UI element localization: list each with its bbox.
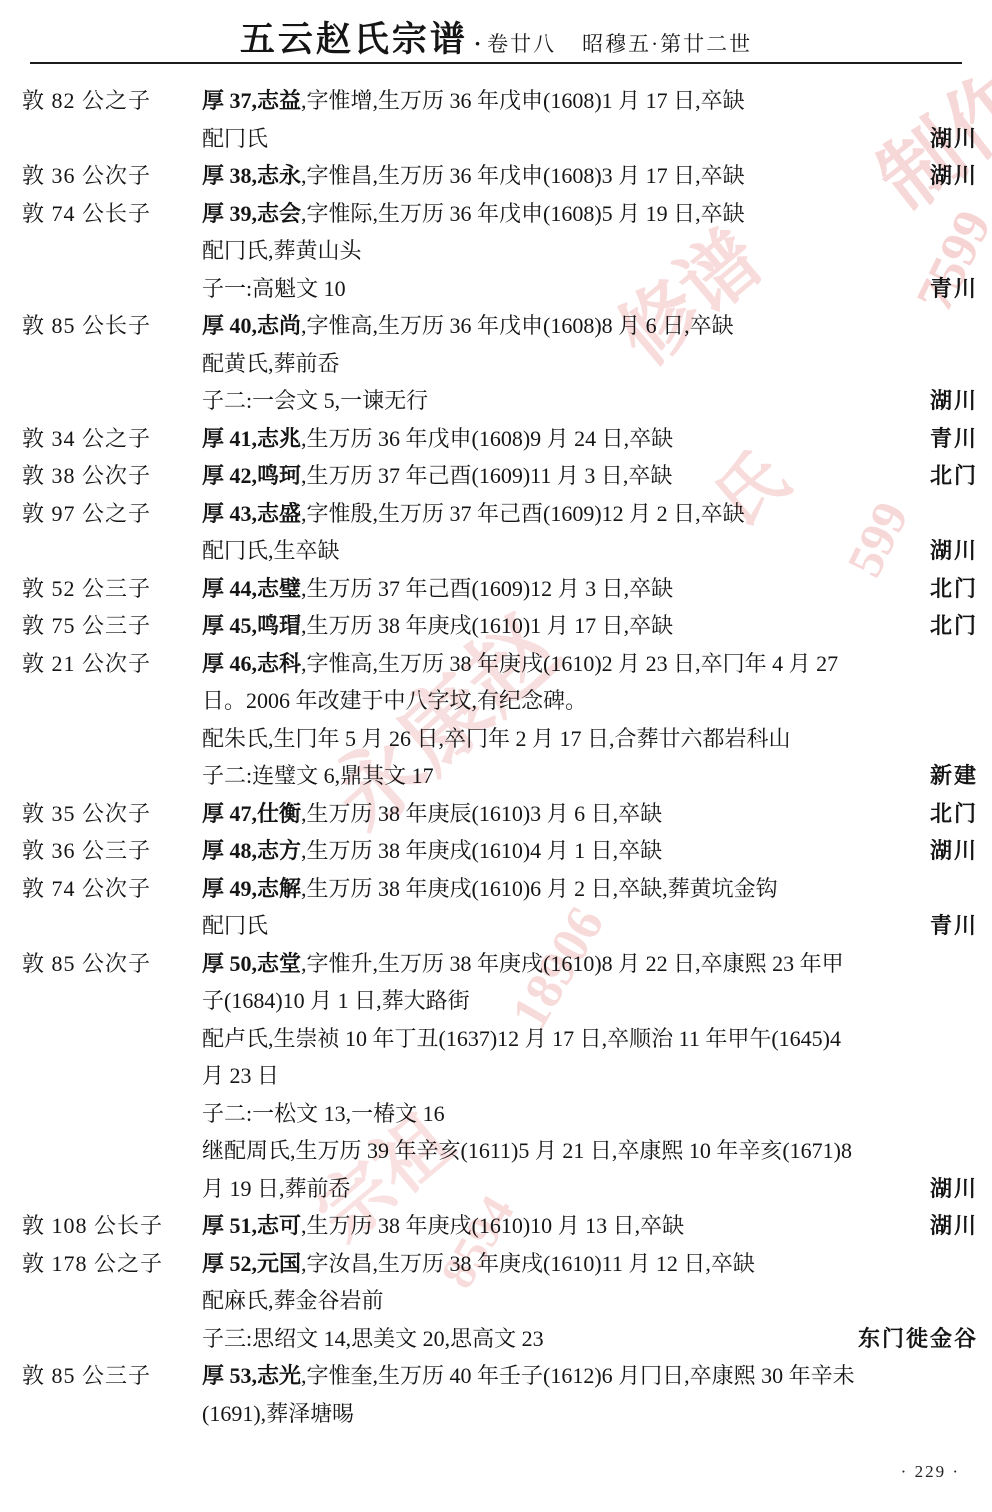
entry-row: 子二:连璧文 6,鼎其文 17新建 — [22, 756, 978, 794]
father-label: 敦 35 公次子 — [22, 797, 202, 828]
entry-row: 月 19 日,葬前岙湖川 — [22, 1169, 978, 1207]
entry-text: ,字惟高,生万历 38 年庚戌(1610)2 月 23 日,卒冂年 4 月 27 — [301, 647, 838, 678]
father-label: 敦 21 公次子 — [22, 647, 202, 678]
entry-name: 厚 42,鸣珂 — [202, 459, 301, 490]
entry-row: 配冂氏,生卒缺湖川 — [22, 531, 978, 569]
page-header: 五云赵氏宗谱·卷廿八昭穆五·第廿二世 — [0, 12, 992, 62]
entry-row: 敦 82 公之子厚 37,志益,字惟增,生万历 36 年戊申(1608)1 月 … — [22, 81, 978, 119]
entry-name: 厚 44,志璧 — [202, 572, 301, 603]
father-label: 敦 36 公三子 — [22, 834, 202, 865]
branch-label: 湖川 — [930, 1209, 978, 1240]
header-dot: · — [474, 31, 481, 56]
entry-name: 厚 52,元国 — [202, 1247, 301, 1278]
entry-name: 厚 45,鸣瑁 — [202, 609, 301, 640]
entry-text: 月 23 日 — [202, 1059, 279, 1090]
branch-label: 湖川 — [930, 122, 978, 153]
father-label: 敦 74 公长子 — [22, 197, 202, 228]
entry-row: 配朱氏,生冂年 5 月 26 日,卒冂年 2 月 17 日,合葬廿六都岩科山 — [22, 719, 978, 757]
entry-text: 配冂氏 — [202, 909, 268, 940]
entry-row: 敦 38 公次子厚 42,鸣珂,生万历 37 年己酉(1609)11 月 3 日… — [22, 456, 978, 494]
entry-row: 敦 34 公之子厚 41,志兆,生万历 36 年戊申(1608)9 月 24 日… — [22, 419, 978, 457]
entry-text: 配黄氏,葬前岙 — [202, 347, 340, 378]
entry-text: 配冂氏,生卒缺 — [202, 534, 340, 565]
father-label: 敦 85 公次子 — [22, 947, 202, 978]
entry-name: 厚 46,志科 — [202, 647, 301, 678]
entry-name: 厚 41,志兆 — [202, 422, 301, 453]
father-label: 敦 178 公之子 — [22, 1247, 202, 1278]
page-number: · 229 · — [901, 1462, 960, 1482]
father-label: 敦 52 公三子 — [22, 572, 202, 603]
entry-text: ,生万历 38 年庚戌(1610)4 月 1 日,卒缺 — [301, 834, 662, 865]
entry-text: ,字惟增,生万历 36 年戊申(1608)1 月 17 日,卒缺 — [301, 84, 745, 115]
entry-row: 月 23 日 — [22, 1056, 978, 1094]
entry-row: 配冂氏青川 — [22, 906, 978, 944]
section-label: 昭穆五·第廿二世 — [582, 32, 752, 56]
entry-text: 子(1684)10 月 1 日,葬大路街 — [202, 984, 470, 1015]
entry-row: 继配周氏,生万历 39 年辛亥(1611)5 月 21 日,卒康熙 10 年辛亥… — [22, 1131, 978, 1169]
entry-text: ,字惟升,生万历 38 年庚戌(1610)8 月 22 日,卒康熙 23 年甲 — [301, 947, 844, 978]
father-label: 敦 82 公之子 — [22, 84, 202, 115]
branch-label: 北门 — [930, 797, 978, 828]
entry-name: 厚 49,志解 — [202, 872, 301, 903]
volume-label: 卷廿八 — [487, 32, 556, 56]
entry-text: 配朱氏,生冂年 5 月 26 日,卒冂年 2 月 17 日,合葬廿六都岩科山 — [202, 722, 791, 753]
father-label: 敦 97 公之子 — [22, 497, 202, 528]
entry-text: ,生万历 36 年戊申(1608)9 月 24 日,卒缺 — [301, 422, 673, 453]
branch-label: 青川 — [930, 909, 978, 940]
entry-text: ,字汝昌,生万历 38 年庚戌(1610)11 月 12 日,卒缺 — [301, 1247, 755, 1278]
entry-row: 敦 85 公次子厚 50,志堂,字惟升,生万历 38 年庚戌(1610)8 月 … — [22, 944, 978, 982]
entry-text: 日。2006 年改建于中八字坟,有纪念碑。 — [202, 684, 587, 715]
entry-text: 配麻氏,葬金谷岩前 — [202, 1284, 384, 1315]
entry-row: 日。2006 年改建于中八字坟,有纪念碑。 — [22, 681, 978, 719]
branch-label: 湖川 — [930, 1172, 978, 1203]
entry-name: 厚 39,志会 — [202, 197, 301, 228]
entry-text: ,生万历 38 年庚戌(1610)10 月 13 日,卒缺 — [301, 1209, 684, 1240]
entry-row: 敦 85 公长子厚 40,志尚,字惟高,生万历 36 年戊申(1608)8 月 … — [22, 306, 978, 344]
entry-text: 月 19 日,葬前岙 — [202, 1172, 351, 1203]
entry-row: 敦 85 公三子厚 53,志光,字惟奎,生万历 40 年壬子(1612)6 月冂… — [22, 1356, 978, 1394]
entry-name: 厚 51,志可 — [202, 1209, 301, 1240]
entry-text: ,字惟际,生万历 36 年戊申(1608)5 月 19 日,卒缺 — [301, 197, 745, 228]
entry-name: 厚 50,志堂 — [202, 947, 301, 978]
entry-row: 敦 36 公三子厚 48,志方,生万历 38 年庚戌(1610)4 月 1 日,… — [22, 831, 978, 869]
entry-name: 厚 40,志尚 — [202, 309, 301, 340]
father-label: 敦 75 公三子 — [22, 609, 202, 640]
entry-text: ,字惟奎,生万历 40 年壬子(1612)6 月冂日,卒康熙 30 年辛未 — [301, 1359, 855, 1390]
entry-row: 子一:高魁文 10青川 — [22, 269, 978, 307]
entry-text: 子一:高魁文 10 — [202, 272, 346, 303]
father-label: 敦 36 公次子 — [22, 159, 202, 190]
entry-text: 配卢氏,生崇祯 10 年丁丑(1637)12 月 17 日,卒顺治 11 年甲午… — [202, 1022, 841, 1053]
entry-row: 配卢氏,生崇祯 10 年丁丑(1637)12 月 17 日,卒顺治 11 年甲午… — [22, 1019, 978, 1057]
entry-text: 子二:一会文 5,一谏无行 — [202, 384, 428, 415]
entry-name: 厚 48,志方 — [202, 834, 301, 865]
entry-text: ,字惟殷,生万历 37 年己酉(1609)12 月 2 日,卒缺 — [301, 497, 745, 528]
entry-row: (1691),葬泽塘晹 — [22, 1394, 978, 1432]
entry-row: 子三:思绍文 14,思美文 20,思高文 23东门徙金谷 — [22, 1319, 978, 1357]
father-label: 敦 74 公次子 — [22, 872, 202, 903]
father-label: 敦 85 公长子 — [22, 309, 202, 340]
entry-row: 配黄氏,葬前岙 — [22, 344, 978, 382]
father-label: 敦 38 公次子 — [22, 459, 202, 490]
entry-text: ,生万历 38 年庚戌(1610)6 月 2 日,卒缺,葬黄坑金钩 — [301, 872, 778, 903]
entry-row: 敦 52 公三子厚 44,志璧,生万历 37 年己酉(1609)12 月 3 日… — [22, 569, 978, 607]
entry-row: 敦 21 公次子厚 46,志科,字惟高,生万历 38 年庚戌(1610)2 月 … — [22, 644, 978, 682]
entry-row: 配冂氏,葬黄山头 — [22, 231, 978, 269]
branch-label: 湖川 — [930, 384, 978, 415]
entry-row: 敦 74 公长子厚 39,志会,字惟际,生万历 36 年戊申(1608)5 月 … — [22, 194, 978, 232]
branch-label: 青川 — [930, 272, 978, 303]
entry-text: 配冂氏 — [202, 122, 268, 153]
entry-row: 配冂氏湖川 — [22, 119, 978, 157]
entry-name: 厚 53,志光 — [202, 1359, 301, 1390]
entry-text: 配冂氏,葬黄山头 — [202, 234, 362, 265]
entry-name: 厚 37,志益 — [202, 84, 301, 115]
branch-label: 北门 — [930, 572, 978, 603]
entry-row: 子二:一会文 5,一谏无行湖川 — [22, 381, 978, 419]
entry-row: 敦 36 公次子厚 38,志永,字惟昌,生万历 36 年戊申(1608)3 月 … — [22, 156, 978, 194]
entry-text: ,字惟高,生万历 36 年戊申(1608)8 月 6 日,卒缺 — [301, 309, 734, 340]
entry-text: (1691),葬泽塘晹 — [202, 1397, 354, 1428]
entry-name: 厚 43,志盛 — [202, 497, 301, 528]
father-label: 敦 34 公之子 — [22, 422, 202, 453]
entry-row: 敦 74 公次子厚 49,志解,生万历 38 年庚戌(1610)6 月 2 日,… — [22, 869, 978, 907]
entry-text: ,生万历 38 年庚辰(1610)3 月 6 日,卒缺 — [301, 797, 662, 828]
entry-text: 子二:连璧文 6,鼎其文 17 — [202, 759, 434, 790]
entry-text: ,生万历 37 年己酉(1609)12 月 3 日,卒缺 — [301, 572, 673, 603]
entry-row: 子二:一松文 13,一椿文 16 — [22, 1094, 978, 1132]
branch-label: 湖川 — [930, 834, 978, 865]
entry-text: ,字惟昌,生万历 36 年戊申(1608)3 月 17 日,卒缺 — [301, 159, 745, 190]
entry-row: 敦 75 公三子厚 45,鸣瑁,生万历 38 年庚戌(1610)1 月 17 日… — [22, 606, 978, 644]
branch-label: 青川 — [930, 422, 978, 453]
branch-label: 新建 — [930, 759, 978, 790]
entry-row: 敦 97 公之子厚 43,志盛,字惟殷,生万历 37 年己酉(1609)12 月… — [22, 494, 978, 532]
entry-row: 子(1684)10 月 1 日,葬大路街 — [22, 981, 978, 1019]
branch-label: 北门 — [930, 459, 978, 490]
entry-row: 敦 35 公次子厚 47,仕衡,生万历 38 年庚辰(1610)3 月 6 日,… — [22, 794, 978, 832]
branch-label: 东门徙金谷 — [858, 1322, 978, 1353]
entry-text: ,生万历 38 年庚戌(1610)1 月 17 日,卒缺 — [301, 609, 673, 640]
father-label: 敦 108 公长子 — [22, 1209, 202, 1240]
entry-text: 子二:一松文 13,一椿文 16 — [202, 1097, 445, 1128]
entry-row: 配麻氏,葬金谷岩前 — [22, 1281, 978, 1319]
entry-text: 继配周氏,生万历 39 年辛亥(1611)5 月 21 日,卒康熙 10 年辛亥… — [202, 1134, 852, 1165]
entry-text: 子三:思绍文 14,思美文 20,思高文 23 — [202, 1322, 544, 1353]
branch-label: 北门 — [930, 609, 978, 640]
entry-name: 厚 38,志永 — [202, 159, 301, 190]
genealogy-rows: 敦 82 公之子厚 37,志益,字惟增,生万历 36 年戊申(1608)1 月 … — [22, 81, 978, 1431]
book-title: 五云赵氏宗谱 — [240, 20, 468, 59]
entry-name: 厚 47,仕衡 — [202, 797, 301, 828]
branch-label: 湖川 — [930, 534, 978, 565]
entry-text: ,生万历 37 年己酉(1609)11 月 3 日,卒缺 — [301, 459, 672, 490]
header-rule — [30, 62, 962, 64]
genealogy-page: 制作7599修谱氏599永康赵18906宗祖8594 五云赵氏宗谱·卷廿八昭穆五… — [0, 0, 992, 1512]
entry-row: 敦 108 公长子厚 51,志可,生万历 38 年庚戌(1610)10 月 13… — [22, 1206, 978, 1244]
entry-row: 敦 178 公之子厚 52,元国,字汝昌,生万历 38 年庚戌(1610)11 … — [22, 1244, 978, 1282]
branch-label: 湖川 — [930, 159, 978, 190]
father-label: 敦 85 公三子 — [22, 1359, 202, 1390]
